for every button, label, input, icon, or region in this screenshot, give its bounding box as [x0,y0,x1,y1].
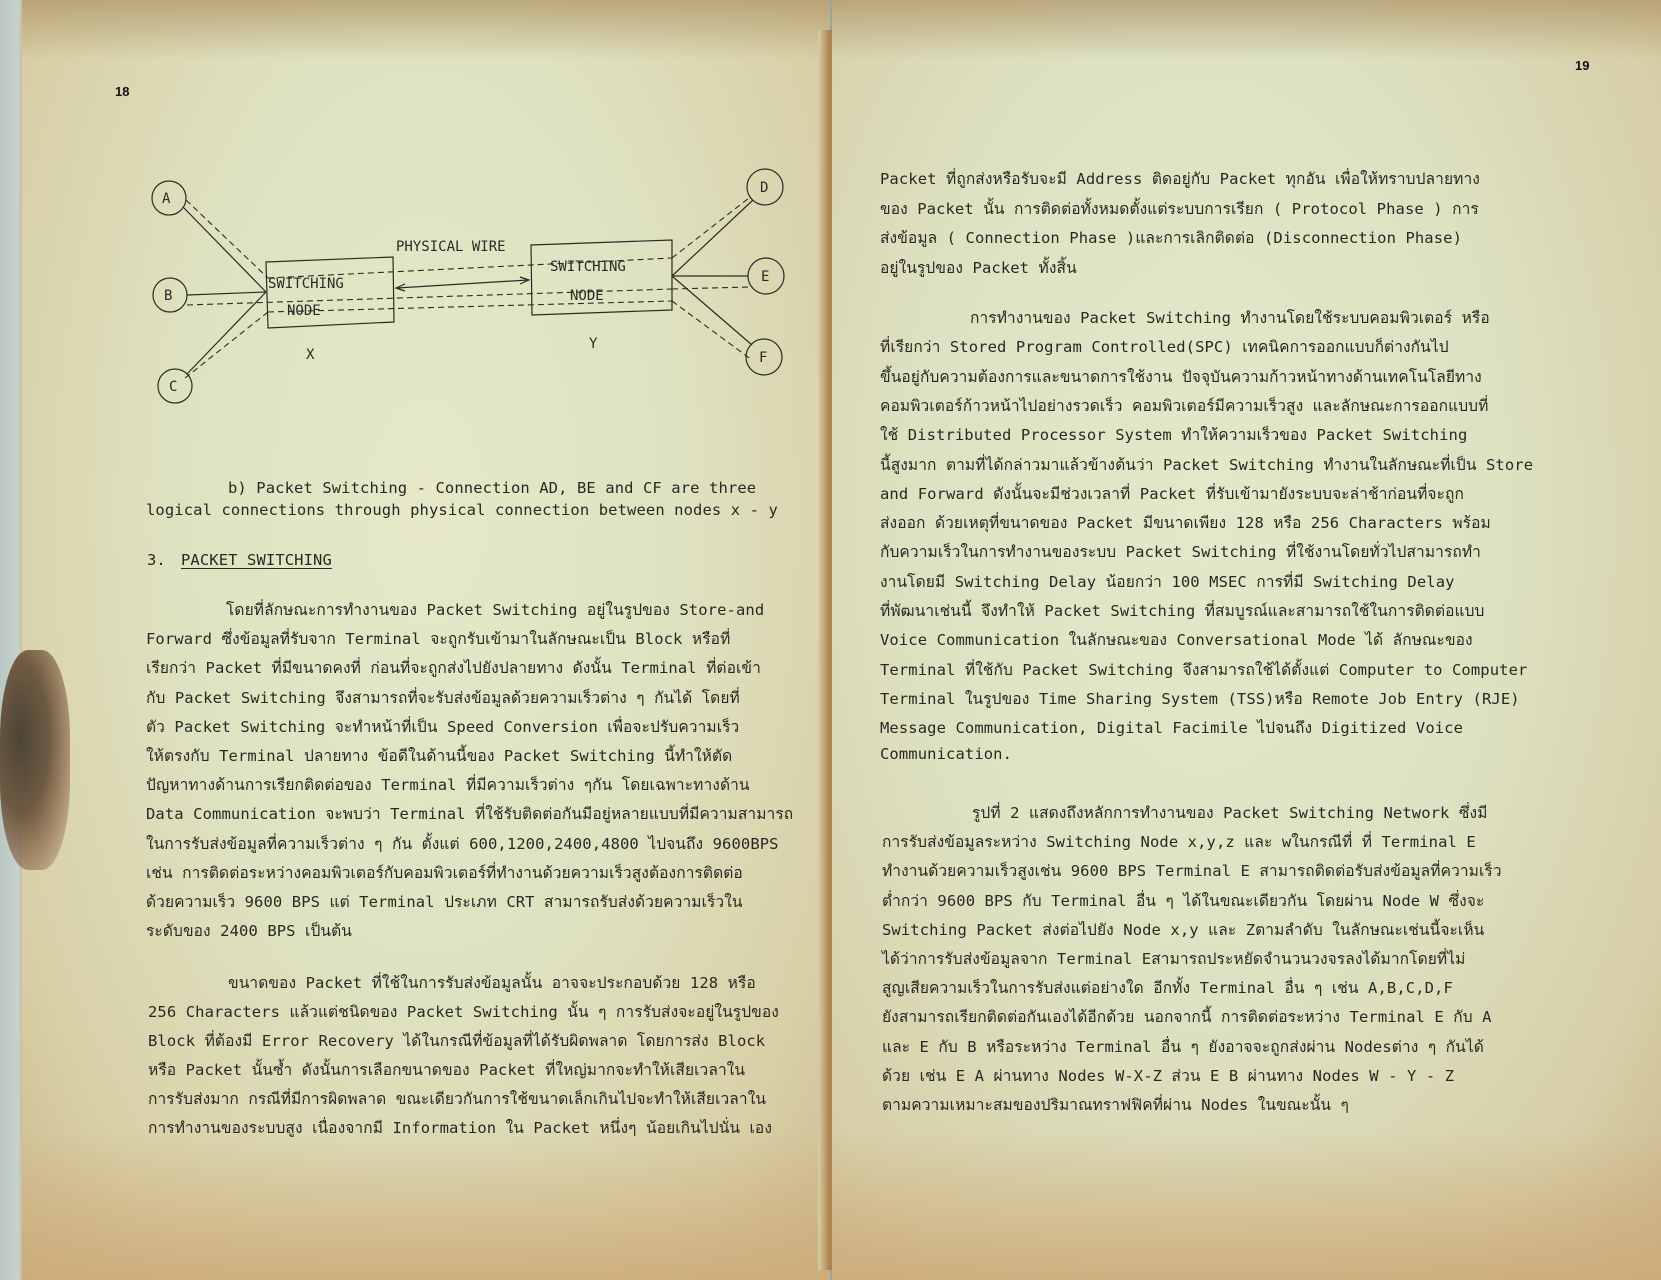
text-line: ในการรับส่งข้อมูลที่ความเร็วต่าง ๆ กัน ต… [146,831,779,856]
text-line: ด้วย เช่น E A ผ่านทาง Nodes W-X-Z ส่วน E… [882,1063,1454,1088]
text-line: Data Communication จะพบว่า Terminal ที่ใ… [146,801,793,826]
node-x-box [266,257,394,328]
text-line: ระดับของ 2400 BPS เป็นต้น [146,918,352,943]
text-line: คอมพิวเตอร์ก้าวหน้าไปอย่างรวดเร็ว คอมพิว… [880,393,1488,418]
text-line: Voice Communication ในลักษณะของ Conversa… [880,627,1473,652]
terminal-b-label: B [164,288,172,304]
section-heading: PACKET SWITCHING [181,551,332,569]
text-line: ตัว Packet Switching จะทำหน้าที่เป็น Spe… [146,714,739,739]
figure-caption-line-2: logical connections through physical con… [146,501,778,519]
text-line: Forward ซึ่งข้อมูลที่รับจาก Terminal จะถ… [146,626,730,651]
text-line: Packet ที่ถูกส่งหรือรับจะมี Address ติดอ… [880,166,1480,191]
text-line: ด้วยความเร็ว 9600 BPS แต่ Terminal ประเภ… [146,889,743,914]
text-line: การรับส่งข้อมูลระหว่าง Switching Node x,… [882,829,1476,854]
text-line: นี้สูงมาก ตามที่ได้กล่าวมาแล้วข้างต้นว่า… [880,452,1533,477]
text-line: กับความเร็วในการทำงานของระบบ Packet Swit… [880,539,1481,564]
physical-wire-label: PHYSICAL WIRE [396,239,506,255]
text-line: ที่พัฒนาเช่นนี้ จึงทำให้ Packet Switchin… [880,598,1485,623]
text-line: Switching Packet ส่งต่อไปยัง Node x,y แล… [882,917,1484,942]
page-shadow-bottom [22,1130,830,1280]
text-line: การทำงานของ Packet Switching ทำงานโดยใช้… [970,305,1490,330]
terminal-a-label: A [162,191,171,207]
text-line: ขนาดของ Packet ที่ใช้ในการรับส่งข้อมูลนั… [228,970,756,995]
text-line: โดยที่ลักษณะการทำงานของ Packet Switching… [226,597,764,622]
text-line: สูญเสียความเร็วในการรับส่งแต่อย่างใด อีก… [882,975,1453,1000]
page-number: 18 [115,84,129,99]
text-line: งานโดยมี Switching Delay น้อยกว่า 100 MS… [880,569,1455,594]
text-line: การทำงานของระบบสูง เนื่องจากมี Informati… [148,1115,772,1140]
text-line: ให้ตรงกับ Terminal ปลายทาง ข้อดีในด้านนี… [146,743,732,768]
text-line: อยู่ในรูปของ Packet ทั้งสิ้น [880,255,1077,280]
node-x-label: X [306,347,315,363]
node-y-line1: SWITCHING [550,259,626,275]
text-line: Communication. [880,745,1012,763]
packet-switching-diagram: A B C D E F SWITCHING NODE SWITCHING NOD… [140,150,790,410]
text-line: Terminal ในรูปของ Time Sharing System (T… [880,686,1520,711]
figure-caption-line-1: b) Packet Switching - Connection AD, BE … [228,479,756,497]
terminal-f-label: F [759,350,767,366]
text-line: รูปที่ 2 แสดงถึงหลักการทำงานของ Packet S… [972,800,1488,825]
text-line: ได้ว่าการรับส่งข้อมูลจาก Terminal Eสามาร… [882,946,1465,971]
page-shadow-top [22,0,830,60]
ink-stain [0,650,70,870]
terminal-d-label: D [760,180,768,196]
node-x-line2: NODE [287,303,321,319]
text-line: หรือ Packet นั้นซ้ำ ดังนั้นการเลือกขนาดข… [148,1057,745,1082]
text-line: Message Communication, Digital Facimile … [880,715,1463,740]
page-shadow-bottom [832,1130,1661,1280]
text-line: and Forward ดังนั้นจะมีช่วงเวลาที่ Packe… [880,481,1464,506]
text-line: Terminal ที่ใช้กับ Packet Switching จึงส… [880,657,1527,682]
section-number: 3. [147,551,166,569]
text-line: ยังสามารถเรียกติดต่อกันเองได้อีกด้วย นอก… [882,1004,1492,1029]
text-line: เรียกว่า Packet ที่มีขนาดคงที่ ก่อนที่จะ… [146,655,761,680]
node-y-line2: NODE [570,288,604,304]
text-line: กับ Packet Switching จึงสามารถที่จะรับส่… [146,685,740,710]
text-line: Block ที่ต้องมี Error Recovery ได้ในกรณี… [148,1028,765,1053]
text-line: 256 Characters แล้วแต่ชนิดของ Packet Swi… [148,999,779,1024]
text-line: ตามความเหมาะสมของปริมาณทราฟฟิคที่ผ่าน No… [882,1092,1349,1117]
text-line: ส่งข้อมูล ( Connection Phase )และการเลิก… [880,225,1462,250]
text-line: และ E กับ B หรือระหว่าง Terminal อื่น ๆ … [882,1034,1484,1059]
text-line: เช่น การติดต่อระหว่างคอมพิวเตอร์กับคอมพิ… [146,860,743,885]
text-line: ของ Packet นั้น การติดต่อทั้งหมดตั้งแต่ร… [880,196,1479,221]
page-shadow-top [832,0,1661,60]
text-line: ต่ำกว่า 9600 BPS กับ Terminal อื่น ๆ ได้… [882,888,1484,913]
text-line: ส่งออก ด้วยเหตุที่ขนาดของ Packet มีขนาดเ… [880,510,1491,535]
text-line: ที่เรียกว่า Stored Program Controlled(SP… [880,334,1449,359]
text-line: ทำงานด้วยความเร็วสูงเช่น 9600 BPS Termin… [882,858,1502,883]
terminal-e-label: E [761,269,769,285]
text-line: การรับส่งมาก กรณีที่มีการผิดพลาด ขณะเดีย… [148,1086,766,1111]
text-line: ใช้ Distributed Processor System ทำให้คว… [880,422,1467,447]
terminal-c-label: C [169,379,177,395]
text-line: ขึ้นอยู่กับความต้องการและขนาดการใช้งาน ป… [880,364,1482,389]
node-y-label: Y [589,336,598,352]
text-line: ปัญหาทางด้านการเรียกติดต่อของ Terminal ท… [146,772,750,797]
node-x-line1: SWITCHING [268,276,344,292]
page-number: 19 [1575,58,1589,73]
